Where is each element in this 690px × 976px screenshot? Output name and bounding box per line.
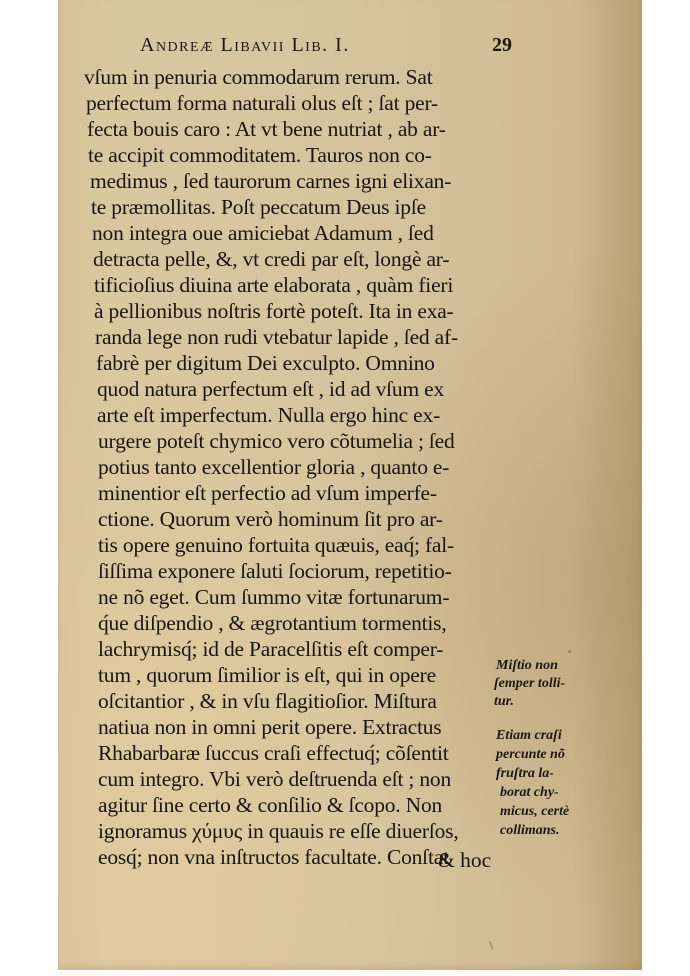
margin-note-line: Miſtio non (496, 656, 558, 675)
text-line: ctione. Quorum verò hominum ſit pro ar- (98, 506, 443, 533)
text-line: minentior eſt perfectio ad vſum imperfe- (98, 480, 437, 507)
page-number: 29 (492, 34, 512, 57)
text-line: perfectum forma naturali olus eſt ; ſat … (86, 90, 438, 117)
text-line: oſcitantior , & in vſu flagitioſior. Miſ… (98, 688, 437, 715)
ink-speck (568, 650, 571, 653)
catchword: & hoc (438, 848, 491, 873)
text-line: eosq́; non vna inſtructos facultate. Con… (98, 844, 449, 871)
text-line: ignoramus χύμυς in quauis re eſſe diuerſ… (98, 818, 459, 845)
text-line: q́ue diſpendio , & ægrotantium tormentis… (98, 610, 447, 637)
margin-note-line: tur. (494, 692, 514, 711)
margin-note-line: ſemper tolli- (494, 674, 565, 693)
text-line: tis opere genuino fortuita quæuis, eaq́;… (98, 532, 454, 559)
running-head-title: Andreæ Libavii Lib. I. (140, 34, 350, 56)
margin-note-line: micus, certè (500, 802, 569, 821)
text-line: agitur ſine certo & conſilio & ſcopo. No… (98, 792, 442, 819)
text-line: detracta pelle, &, vt credi par eſt, lon… (93, 246, 449, 273)
text-line: non integra oue amiciebat Adamum , ſed (92, 220, 434, 247)
text-line: lachrymisq́; id de Paracelſitis eſt comp… (98, 636, 443, 663)
text-line: quod natura perfectum eſt , id ad vſum e… (97, 376, 444, 403)
margin-note-line: borat chy- (500, 783, 559, 802)
text-line: arte eſt imperfectum. Nulla ergo hinc ex… (97, 402, 440, 429)
text-line: Rhabarbaræ ſuccus craſi effectuq́; cõſen… (98, 740, 449, 767)
text-line: ſiſſima exponere ſaluti ſociorum, repeti… (98, 558, 452, 585)
margin-note-line: Etiam craſi (496, 726, 562, 745)
margin-note-line: fruſtra la- (496, 764, 554, 783)
text-line: vſum in penuria commodarum rerum. Sat (84, 64, 432, 91)
text-line: te præmollitas. Poſt peccatum Deus ipſe (91, 194, 426, 221)
running-head: Andreæ Libavii Lib. I. 29 (140, 34, 512, 57)
ink-speck (488, 940, 493, 950)
text-line: medimus , ſed taurorum carnes igni elixa… (90, 168, 451, 195)
text-line: tum , quorum ſimilior is eſt, qui in ope… (98, 662, 436, 689)
margin-note-line: collimans. (500, 821, 560, 840)
text-line: potius tanto excellentior gloria , quant… (98, 454, 449, 481)
text-line: natiua non in omni perit opere. Extractu… (98, 714, 441, 741)
margin-note-line: percunte nõ (496, 745, 565, 764)
text-line: ne nõ eget. Cum ſummo vitæ fortunarum- (98, 584, 449, 611)
text-line: tificioſius diuina arte elaborata , quàm… (94, 272, 453, 299)
text-line: randa lege non rudi vtebatur lapide , ſe… (95, 324, 458, 351)
text-line: fabrè per digitum Dei exculpto. Omnino (96, 350, 435, 377)
text-line: urgere poteſt chymico vero cõtumelia ; ſ… (98, 428, 455, 455)
text-line: te accipit commoditatem. Tauros non co- (88, 142, 432, 169)
text-line: cum integro. Vbi verò deſtruenda eſt ; n… (98, 766, 451, 793)
text-line: à pellionibus noſtris fortè poteſt. Ita … (94, 298, 454, 325)
text-line: fecta bouis caro : At vt bene nutriat , … (87, 116, 446, 143)
